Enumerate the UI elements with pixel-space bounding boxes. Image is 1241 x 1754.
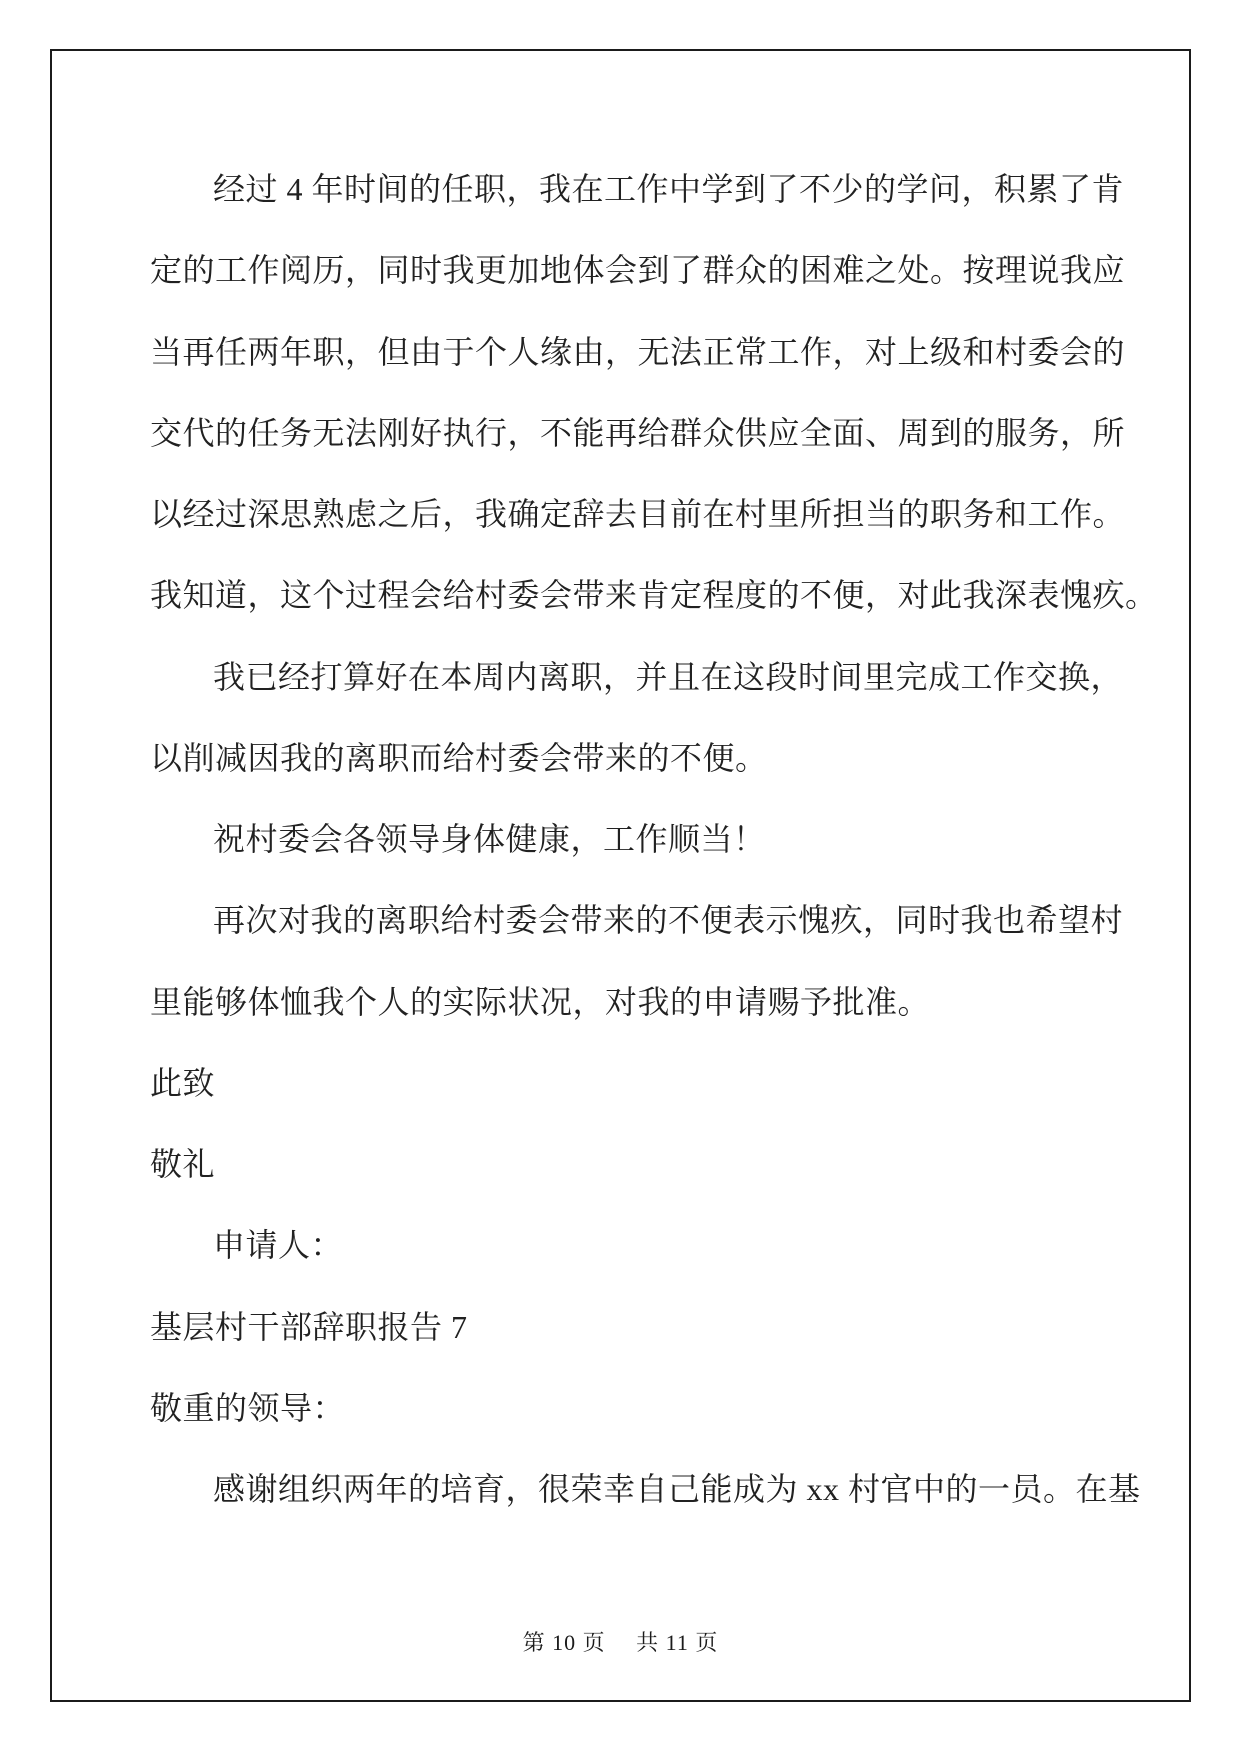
text-line: 当再任两年职，但由于个人缘由，无法正常工作，对上级和村委会的 bbox=[150, 312, 1130, 393]
text-line: 定的工作阅历，同时我更加地体会到了群众的困难之处。按理说我应 bbox=[150, 230, 1130, 311]
text-line: 交代的任务无法刚好执行，不能再给群众供应全面、周到的服务，所 bbox=[150, 393, 1130, 474]
page-footer: 第 10 页 共 11 页 bbox=[0, 1626, 1241, 1657]
text-line: 感谢组织两年的培育，很荣幸自己能成为 xx 村官中的一员。在基 bbox=[150, 1449, 1130, 1530]
text-line: 基层村干部辞职报告 7 bbox=[150, 1287, 1130, 1368]
document-body: 经过 4 年时间的任职，我在工作中学到了不少的学问，积累了肯定的工作阅历，同时我… bbox=[150, 149, 1130, 1530]
text-line: 以经过深思熟虑之后，我确定辞去目前在村里所担当的职务和工作。 bbox=[150, 474, 1130, 555]
footer-current-page: 第 10 页 bbox=[523, 1626, 606, 1657]
text-line: 以削减因我的离职而给村委会带来的不便。 bbox=[150, 718, 1130, 799]
text-line: 经过 4 年时间的任职，我在工作中学到了不少的学问，积累了肯 bbox=[150, 149, 1130, 230]
text-line: 敬礼 bbox=[150, 1124, 1130, 1205]
text-line: 敬重的领导： bbox=[150, 1368, 1130, 1449]
footer-total-pages: 共 11 页 bbox=[636, 1626, 718, 1657]
text-line: 此致 bbox=[150, 1043, 1130, 1124]
text-line: 申请人： bbox=[150, 1205, 1130, 1286]
text-line: 里能够体恤我个人的实际状况，对我的申请赐予批准。 bbox=[150, 962, 1130, 1043]
text-line: 祝村委会各领导身体健康，工作顺当！ bbox=[150, 799, 1130, 880]
text-line: 我知道，这个过程会给村委会带来肯定程度的不便，对此我深表愧疚。 bbox=[150, 555, 1130, 636]
text-line: 再次对我的离职给村委会带来的不便表示愧疚，同时我也希望村 bbox=[150, 880, 1130, 961]
text-line: 我已经打算好在本周内离职，并且在这段时间里完成工作交换， bbox=[150, 637, 1130, 718]
